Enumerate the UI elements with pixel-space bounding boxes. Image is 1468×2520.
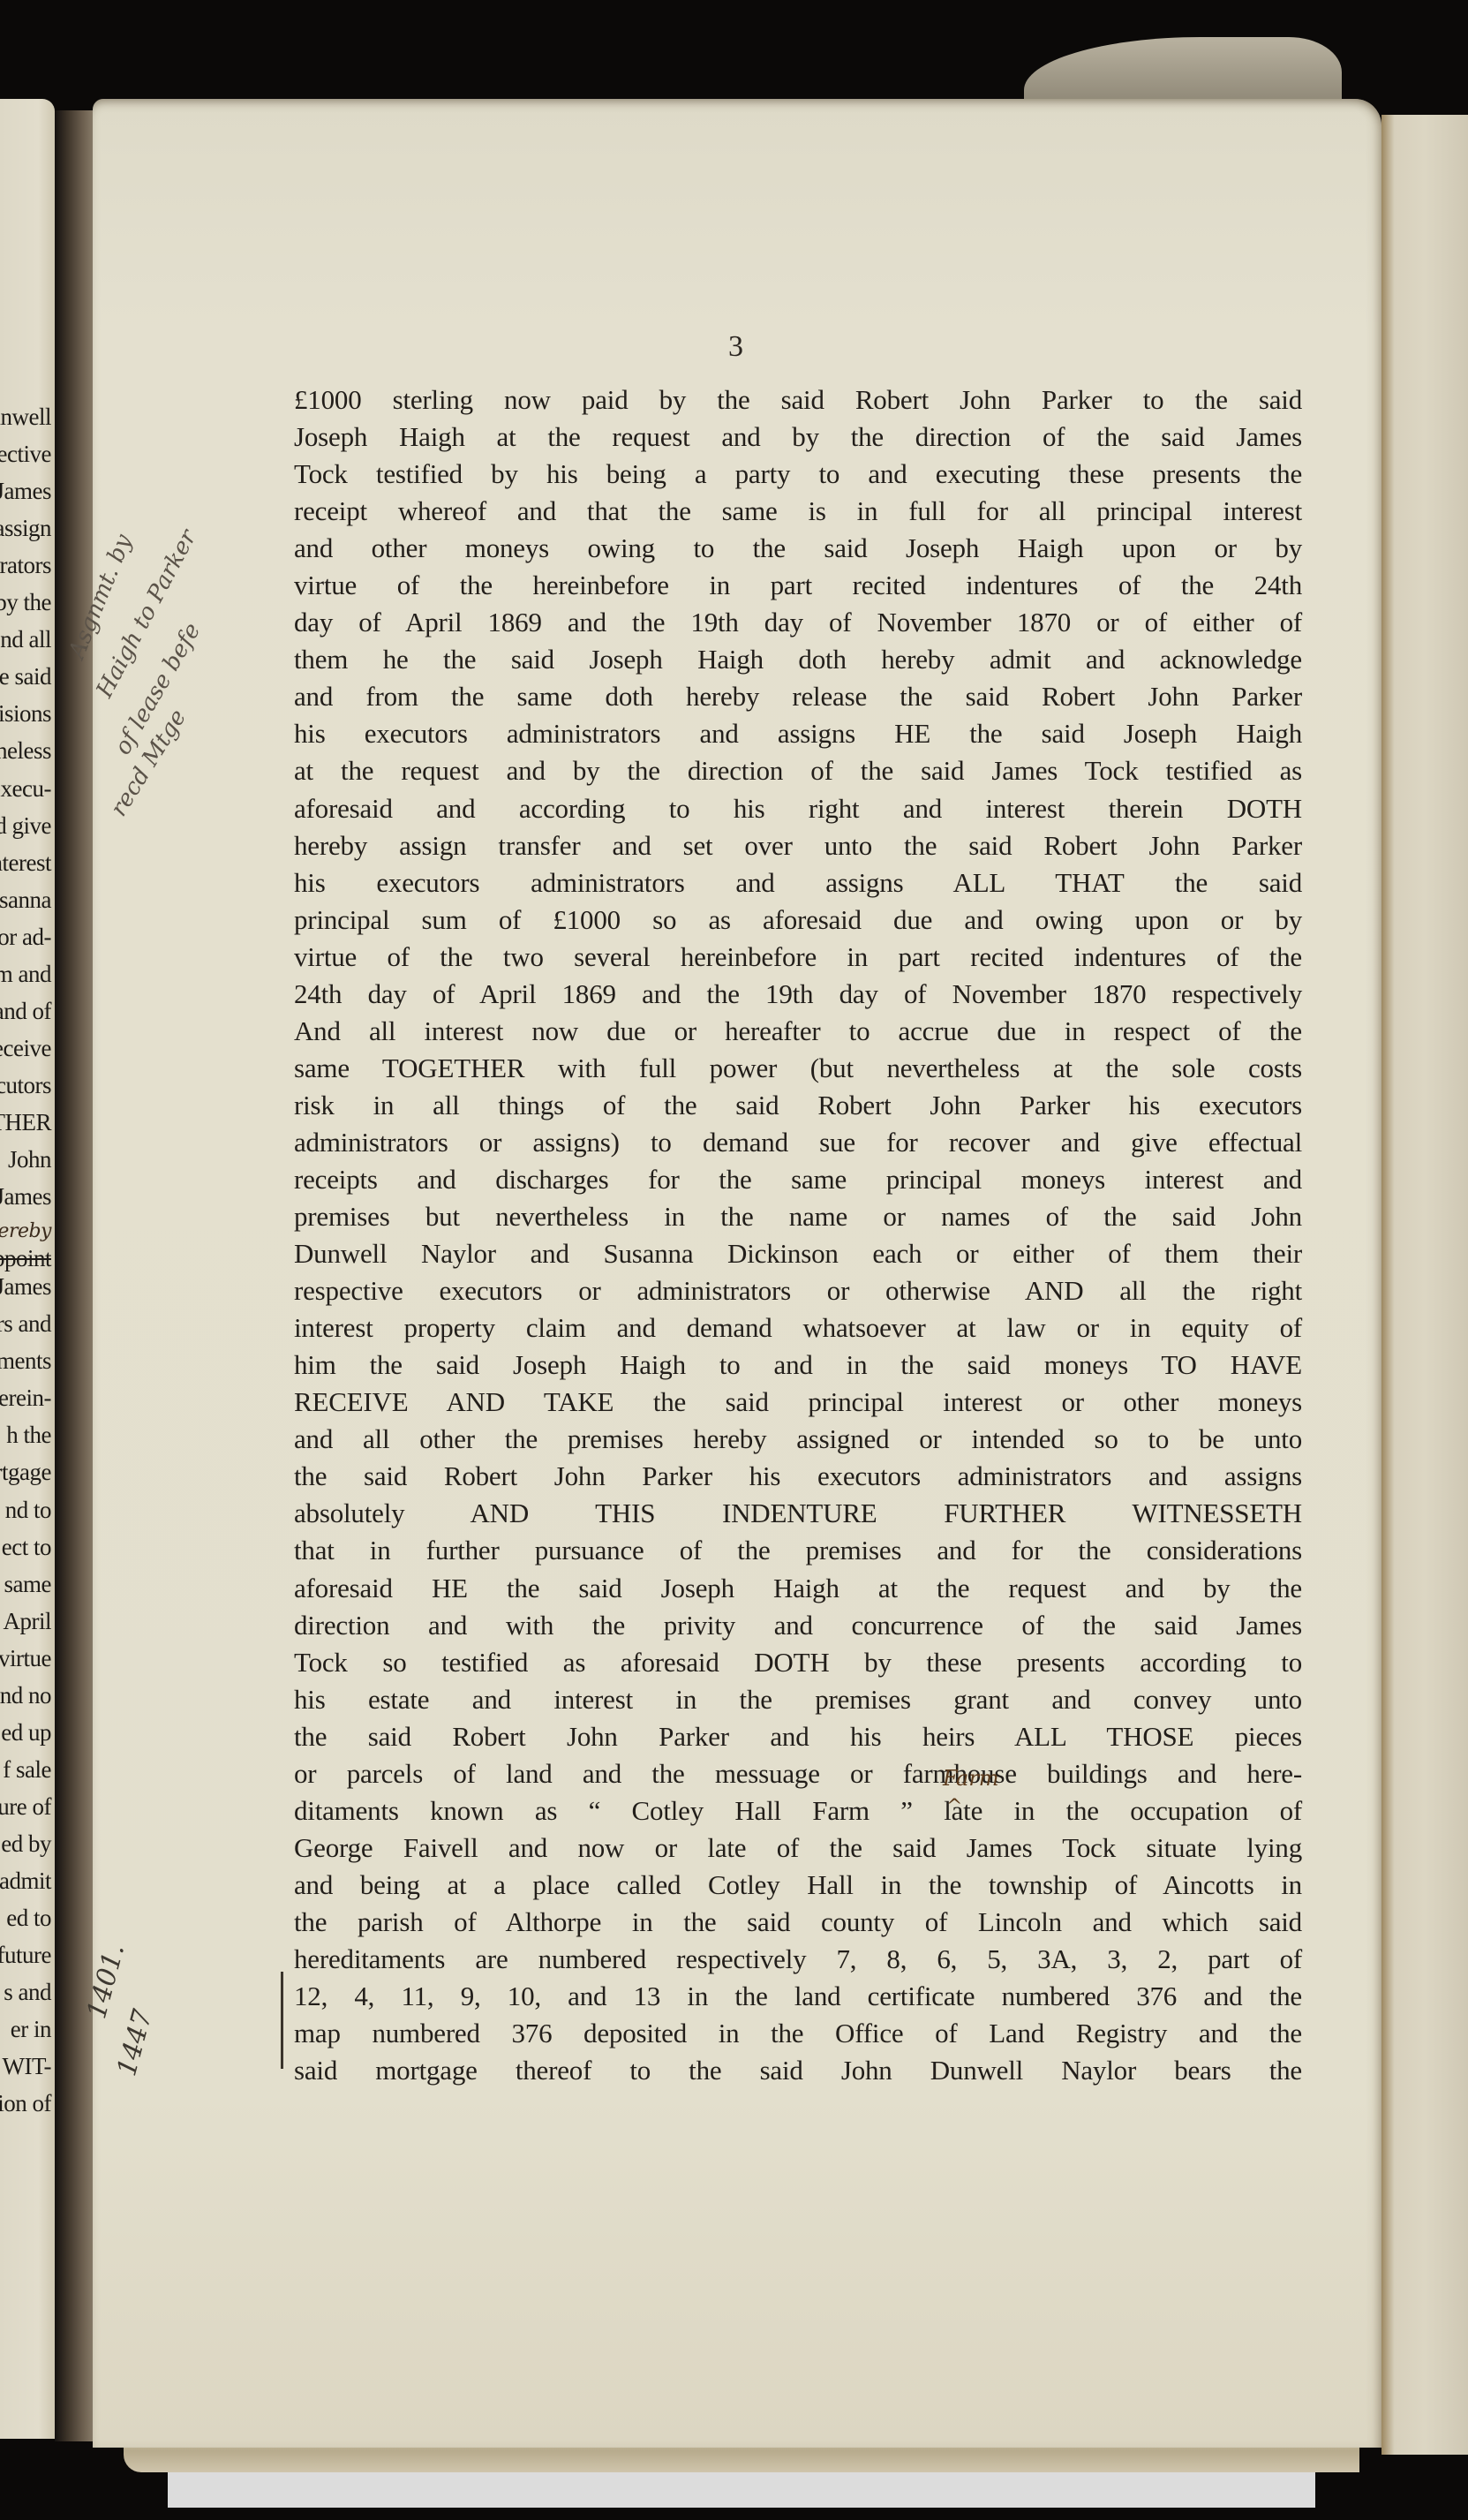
- left-page-text-fragment: ect to: [2, 1534, 51, 1561]
- left-page-text-fragment: James: [0, 1183, 51, 1211]
- body-text-line: George Faivell and now or late of the sa…: [294, 1830, 1302, 1867]
- left-page-text-fragment: execu-: [0, 775, 51, 803]
- left-page-text-fragment: unwell: [0, 404, 51, 431]
- left-page-text-fragment: WIT-: [3, 2053, 51, 2080]
- left-page-text-fragment: m and: [0, 961, 51, 988]
- left-page-text-fragment: ed to: [6, 1905, 51, 1932]
- right-page-edges: [1381, 115, 1468, 2455]
- left-page-text-fragment: hereby: [0, 1220, 51, 1242]
- book-gutter: [55, 110, 94, 2441]
- body-text-line: same TOGETHER with full power (but never…: [294, 1050, 1302, 1087]
- body-text-line: 24th day of April 1869 and the 19th day …: [294, 976, 1302, 1013]
- body-text-line: principal sum of £1000 so as aforesaid d…: [294, 902, 1302, 939]
- body-text-line: Dunwell Naylor and Susanna Dickinson eac…: [294, 1235, 1302, 1272]
- body-text-line: day of April 1869 and the 19th day of No…: [294, 604, 1302, 641]
- body-text-line: them he the said Joseph Haigh doth hereb…: [294, 641, 1302, 678]
- left-page-text-fragment: cutors: [0, 1072, 51, 1099]
- body-text-line: at the request and by the direction of t…: [294, 752, 1302, 789]
- left-page-text-fragment: visions: [0, 700, 51, 728]
- left-page-text-fragment: receive: [0, 1035, 51, 1062]
- body-text-line: RECEIVE AND TAKE the said principal inte…: [294, 1384, 1302, 1421]
- left-page-text-fragment: appoint: [0, 1245, 51, 1272]
- body-text-line: aforesaid and according to his right and…: [294, 790, 1302, 827]
- body-text-line: said mortgage thereof to the said John D…: [294, 2052, 1302, 2089]
- body-text-line: Tock testified by his being a party to a…: [294, 456, 1302, 493]
- left-page-text-fragment: h the: [6, 1422, 51, 1449]
- body-text-line: hereditaments are numbered respectively …: [294, 1941, 1302, 1978]
- left-page-text-fragment: ure of: [0, 1793, 51, 1821]
- body-text-line: and other moneys owing to the said Josep…: [294, 530, 1302, 567]
- body-text-line: receipts and discharges for the same pri…: [294, 1161, 1302, 1198]
- folded-page-flap: [1024, 37, 1342, 103]
- left-page-text-fragment: he said: [0, 663, 51, 690]
- body-text-line: him the said Joseph Haigh to and in the …: [294, 1347, 1302, 1384]
- handwritten-insertion: Farm: [943, 1766, 999, 1791]
- left-page-text-fragment: John: [8, 1146, 51, 1173]
- left-page-text-fragment: d give: [0, 812, 51, 840]
- left-page-text-fragment: THER: [0, 1109, 51, 1136]
- body-text-line: and being at a place called Cotley Hall …: [294, 1867, 1302, 1904]
- body-text-line: administrators or assigns) to demand sue…: [294, 1124, 1302, 1161]
- left-page-text-fragment: virtue: [0, 1645, 51, 1672]
- left-page-text-fragment: nd all: [0, 626, 51, 653]
- left-page-text-fragment: April: [4, 1608, 52, 1635]
- body-text-line: interest property claim and demand whats…: [294, 1309, 1302, 1347]
- caret-mark: ^: [946, 1796, 962, 1818]
- left-facing-page: unwellpectiveJamesassigntratorsby thend …: [0, 99, 55, 2439]
- left-page-text-fragment: s and: [4, 1979, 51, 2006]
- body-text: £1000 sterling now paid by the said Robe…: [294, 381, 1302, 2089]
- body-text-line: and all other the premises hereby assign…: [294, 1421, 1302, 1458]
- left-page-text-fragment: ed by: [1, 1830, 51, 1858]
- left-page-text-fragment: f sale: [3, 1756, 51, 1784]
- body-text-line: respective executors or administrators o…: [294, 1272, 1302, 1309]
- body-text-line: map numbered 376 deposited in the Office…: [294, 2015, 1302, 2052]
- left-page-text-fragment: future: [0, 1942, 51, 1969]
- body-text-line: the said Robert John Parker and his heir…: [294, 1718, 1302, 1755]
- body-text-line: ditaments known as “ Cotley Hall Farm ” …: [294, 1792, 1302, 1830]
- body-text-line: the said Robert John Parker his executor…: [294, 1458, 1302, 1495]
- body-text-line: absolutely AND THIS INDENTURE FURTHER WI…: [294, 1495, 1302, 1532]
- left-page-text-fragment: ed up: [1, 1719, 51, 1747]
- left-page-text-fragment: and of: [0, 998, 51, 1025]
- body-text-line: premises but nevertheless in the name or…: [294, 1198, 1302, 1235]
- left-page-text-fragment: by the: [0, 589, 51, 616]
- left-page-text-fragment: ion of: [0, 2090, 51, 2117]
- left-page-text-fragment: admit: [0, 1867, 51, 1895]
- body-text-line: direction and with the privity and concu…: [294, 1607, 1302, 1644]
- left-page-text-fragment: pective: [0, 441, 51, 468]
- body-text-line: £1000 sterling now paid by the said Robe…: [294, 381, 1302, 419]
- left-page-text-fragment: e same: [0, 1571, 51, 1598]
- body-text-line: Joseph Haigh at the request and by the d…: [294, 419, 1302, 456]
- body-text-line: virtue of the hereinbefore in part recit…: [294, 567, 1302, 604]
- body-text-line: virtue of the two several hereinbefore i…: [294, 939, 1302, 976]
- left-page-text-fragment: ments: [0, 1347, 51, 1375]
- left-page-text-fragment: nd to: [5, 1497, 51, 1524]
- left-page-text-fragment: or ad-: [0, 924, 51, 951]
- body-text-line: And all interest now due or hereafter to…: [294, 1013, 1302, 1050]
- left-page-text-fragment: er in: [11, 2016, 51, 2043]
- body-text-line: or parcels of land and the messuage or f…: [294, 1755, 1302, 1792]
- body-text-line: the parish of Althorpe in the said count…: [294, 1904, 1302, 1941]
- left-page-text-fragment: rs and: [0, 1310, 51, 1338]
- left-page-text-fragment: rtgage: [0, 1459, 51, 1486]
- body-text-line: his estate and interest in the premises …: [294, 1681, 1302, 1718]
- document-page: 3 £1000 sterling now paid by the said Ro…: [93, 99, 1381, 2448]
- body-text-line: hereby assign transfer and set over unto…: [294, 827, 1302, 864]
- body-text-line: receipt whereof and that the same is in …: [294, 493, 1302, 530]
- left-page-text-fragment: James: [0, 1273, 51, 1301]
- left-page-text-fragment: usanna: [0, 887, 51, 914]
- body-text-line: 12, 4, 11, 9, 10, and 13 in the land cer…: [294, 1978, 1302, 2015]
- left-page-text-fragment: assign: [0, 515, 51, 542]
- left-page-text-fragment: theless: [0, 737, 51, 765]
- left-page-text-fragment: nd no: [0, 1682, 51, 1709]
- left-page-text-fragment: nterest: [0, 849, 51, 877]
- body-text-line: aforesaid HE the said Joseph Haigh at th…: [294, 1570, 1302, 1607]
- margin-bracket: [281, 1972, 283, 2069]
- body-text-line: his executors administrators and assigns…: [294, 864, 1302, 902]
- page-number: 3: [728, 330, 743, 364]
- body-text-line: that in further pursuance of the premise…: [294, 1532, 1302, 1569]
- left-page-text-fragment: James: [0, 478, 51, 505]
- left-page-text-fragment: herein-: [0, 1384, 51, 1412]
- body-text-line: and from the same doth hereby release th…: [294, 678, 1302, 715]
- left-page-text-fragment: trators: [0, 552, 51, 579]
- body-text-line: risk in all things of the said Robert Jo…: [294, 1087, 1302, 1124]
- body-text-line: his executors administrators and assigns…: [294, 715, 1302, 752]
- body-text-line: Tock so testified as aforesaid DOTH by t…: [294, 1644, 1302, 1681]
